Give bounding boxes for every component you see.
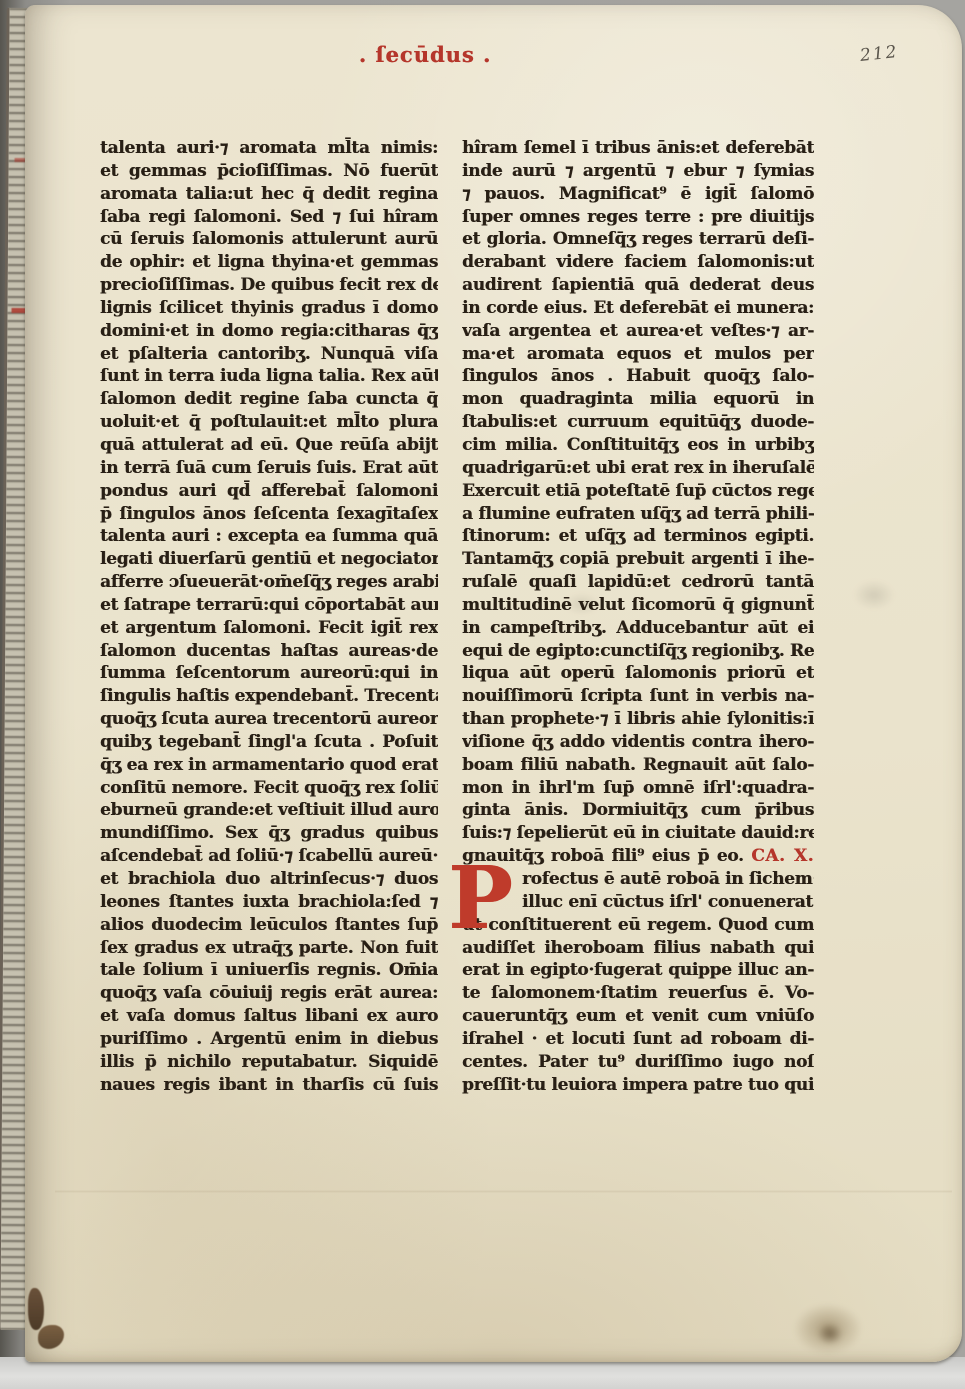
text-line: et gloria. Omneſq̄ʒ reges terrarū deſi- (462, 228, 814, 251)
stain (817, 1323, 843, 1345)
text-line: afferre ɔſueuerāt·om̄eſq̄ʒ reges arabie (100, 571, 438, 594)
text-line: equi de egipto:cunctiſq̄ʒ regionibʒ. Re- (462, 640, 814, 663)
text-line: caueruntq̄ʒ eum et venit cum vniūſo (462, 1005, 814, 1028)
text-line: cim milia. Conſtituitq̄ʒ eos in urbibʒ (462, 434, 814, 457)
text-line: mon in ihrl'm ſup̄ omnē iſrl':quadra- (462, 777, 814, 800)
text-line: ſuper omnes reges terre : pre diuitijs (462, 206, 814, 229)
text-line: ginta ānis. Dormiuitq̄ʒ cum p̄ribus (462, 799, 814, 822)
text-line: ⁊ pauos. Magnificat⁹ ē igit̄ ſalomō (462, 183, 814, 206)
text-line: mon quadraginta milia equorū in (462, 388, 814, 411)
text-line: uoluit·et q̄ poſtulauit:et ml̄to plura (100, 411, 438, 434)
text-line: in terrā ſuā cum ſeruis ſuis. Erat aūt (100, 457, 438, 480)
manuscript-photo: . ſecūdus . 212 talenta auri·⁊ aromata m… (0, 0, 965, 1389)
text-line: quoq̄ʒ ſcuta aurea trecentorū aureorū: (100, 708, 438, 731)
text-line: ſunt in terra iuda ligna talia. Rex aūt (100, 365, 438, 388)
chapter-end-line: gnauitq̄ʒ roboā fili⁹ eius p̄ eo. CA. X. (462, 845, 814, 868)
text-line: ſaba regi ſalomoni. Sed ⁊ ſui hîram (100, 206, 438, 229)
text-line: aſcendebat̄ ad ſoliū·⁊ ſcabellū aureū· (100, 845, 438, 868)
text-line: et pſalteria cantoribʒ. Nunquā viſa (100, 343, 438, 366)
text-line: ſingulis haſtis expendebant̄. Trecenta (100, 685, 438, 708)
text-line: et argentum ſalomoni. Fecit igit̄ rex (100, 617, 438, 640)
text-line: liqua aūt operū ſalomonis priorū et (462, 662, 814, 685)
folio-number: 212 (859, 42, 899, 66)
drop-cap-initial: P (448, 868, 518, 934)
text-line: illis p̄ nichilo reputabatur. Siquidē (100, 1051, 438, 1074)
text-line: ſtabulis:et curruum equitūq̄ʒ duode- (462, 411, 814, 434)
stain (853, 580, 895, 610)
text-line: lignis ſcilicet thyinis gradus ī domo (100, 297, 438, 320)
text-line: audirent ſapientiā quā dederat deus (462, 274, 814, 297)
text-line: ma·et aromata equos et mulos per (462, 343, 814, 366)
text-line: legati diuerſarū gentiū et negociatores (100, 548, 438, 571)
text-line: than prophete·⁊ ī libris ahie ſylonitis:… (462, 708, 814, 731)
text-line: audiſſet iheroboam filius nabath qui (462, 937, 814, 960)
text-line: naues regis ibant in tharſis cū ſuis (100, 1074, 438, 1097)
text-line: ſumma ſeſcentorum aureorū:qui in (100, 662, 438, 685)
text-line: et brachiola duo altrinſecus·⁊ duos (100, 868, 438, 891)
text-line: quoq̄ʒ vaſa cōuiuij regis erāt aurea: (100, 982, 438, 1005)
text-line: derabant videre faciem ſalomonis:ut (462, 251, 814, 274)
text-line: et ſatrape terrarū:qui cōportabāt aurū (100, 594, 438, 617)
column-right-upper: hîram ſemel ī tribus ānis:et deferebātin… (462, 137, 814, 845)
text-line: conſitū nemore. Fecit quoq̄ʒ rex ſoliū (100, 777, 438, 800)
text-line: aromata talia:ut hec q̄ dedit regina (100, 183, 438, 206)
text-line: nouiſſimorū ſcripta ſunt in verbis na- (462, 685, 814, 708)
text-line: talenta auri : excepta ea ſumma quā (100, 525, 438, 548)
text-line: multitudinē velut ſicomorū q̄ gignunt̄ (462, 594, 814, 617)
text-line: in corde eius. Et deferebāt ei munera: (462, 297, 814, 320)
text-line: centes. Pater tu⁹ duriſſimo iugo noſ (462, 1051, 814, 1074)
text-line: Exercuit etiā poteſtatē ſup̄ cūctos rege… (462, 480, 814, 503)
text-line: tale ſolium ī uniuerſis regnis. Om̄ia (100, 959, 438, 982)
text-line: te ſalomonem·ſtatim reuerſus ē. Vo- (462, 982, 814, 1005)
text-line: p̄ ſingulos ānos ſeſcenta ſexagītaſex (100, 503, 438, 526)
text-line: vaſa argentea et aurea·et veſtes·⁊ ar- (462, 320, 814, 343)
text-line: ſalomon ducentas haſtas aureas·de (100, 640, 438, 663)
chapter-heading: CA. X. (751, 846, 814, 866)
text-line: ſex gradus ex utraq̄ʒ parte. Non fuit (100, 937, 438, 960)
text-line: hîram ſemel ī tribus ānis:et deferebāt (462, 137, 814, 160)
text-line: mundiſſimo. Sex q̄ʒ gradus quibus (100, 822, 438, 845)
text-line: leones ſtantes iuxta brachiola:ſed ⁊ (100, 891, 438, 914)
text-line: puriſſimo . Argentū enim in diebus (100, 1028, 438, 1051)
text-line: iſrahel · et locuti ſunt ad roboam di- (462, 1028, 814, 1051)
page-crease (55, 1190, 952, 1193)
text-line: preſſit·tu leuiora impera patre tuo qui (462, 1074, 814, 1097)
text-line: viſione q̄ʒ addo videntis contra ihero- (462, 731, 814, 754)
text-line: alios duodecim leūculos ſtantes ſup̄ (100, 914, 438, 937)
text-line: in campeſtribʒ. Adducebantur aūt ei (462, 617, 814, 640)
binding-fragment (28, 1288, 44, 1330)
text-line: quā attulerat ad eū. Que reūſa abijt (100, 434, 438, 457)
text-column-left: talenta auri·⁊ aromata ml̄ta nimis:et ge… (100, 137, 438, 1096)
text-line: boam filiū nabath. Regnauit aūt ſalo- (462, 754, 814, 777)
text-line: domini·et in domo regia:citharas q̄ʒ (100, 320, 438, 343)
text-line: erat in egipto·fugerat quippe illuc an- (462, 959, 814, 982)
text-line: et gemmas p̄cioſiſſimas. Nō fuerūt (100, 160, 438, 183)
text-line: ſuis:⁊ ſepelierūt eū in ciuitate dauid:r… (462, 822, 814, 845)
text-line: et vaſa domus ſaltus libani ex auro (100, 1005, 438, 1028)
text-line: quibʒ tegebant̄ ſingl'a ſcuta . Poſuit (100, 731, 438, 754)
text-line: inde aurū ⁊ argentū ⁊ ebur ⁊ ſymias (462, 160, 814, 183)
text-line: q̄ʒ ea rex in armamentario quod erat (100, 754, 438, 777)
text-line: ſtinorum: et uſq̄ʒ ad terminos egipti. (462, 525, 814, 548)
running-title: . ſecūdus . (355, 42, 495, 67)
text-column-right: hîram ſemel ī tribus ānis:et deferebātin… (462, 137, 814, 1096)
text-line: precioſiſſimas. De quibus fecit rex de (100, 274, 438, 297)
text-line: eburneū grande:et veſtiuit illud auro (100, 799, 438, 822)
text-line: Tantamq̄ʒ copiā prebuit argenti ī ihe- (462, 548, 814, 571)
text-line: a flumine eufraten uſq̄ʒ ad terrā phili- (462, 503, 814, 526)
text-line: pondus auri qd̄ afferebat̄ ſalomoni (100, 480, 438, 503)
column-right-lower: ut conſtituerent eū regem. Quod cumaudiſ… (462, 914, 814, 1097)
text-line: cū ſeruis ſalomonis attulerunt aurū (100, 228, 438, 251)
text-line: ſalomon dedit regine ſaba cuncta q̄ (100, 388, 438, 411)
text-line: quadrigarū:et ubi erat rex in iheruſalē. (462, 457, 814, 480)
text-line: de ophir: et ligna thyina·et gemmas (100, 251, 438, 274)
text-line: ruſalē quaſi lapidū:et cedrorū tantā (462, 571, 814, 594)
text-line: talenta auri·⁊ aromata ml̄ta nimis: (100, 137, 438, 160)
text-line: ſingulos ānos . Habuit quoq̄ʒ ſalo- (462, 365, 814, 388)
chapter-opening: P rofectus ē autē roboā in ſichem· illuc… (462, 868, 814, 914)
